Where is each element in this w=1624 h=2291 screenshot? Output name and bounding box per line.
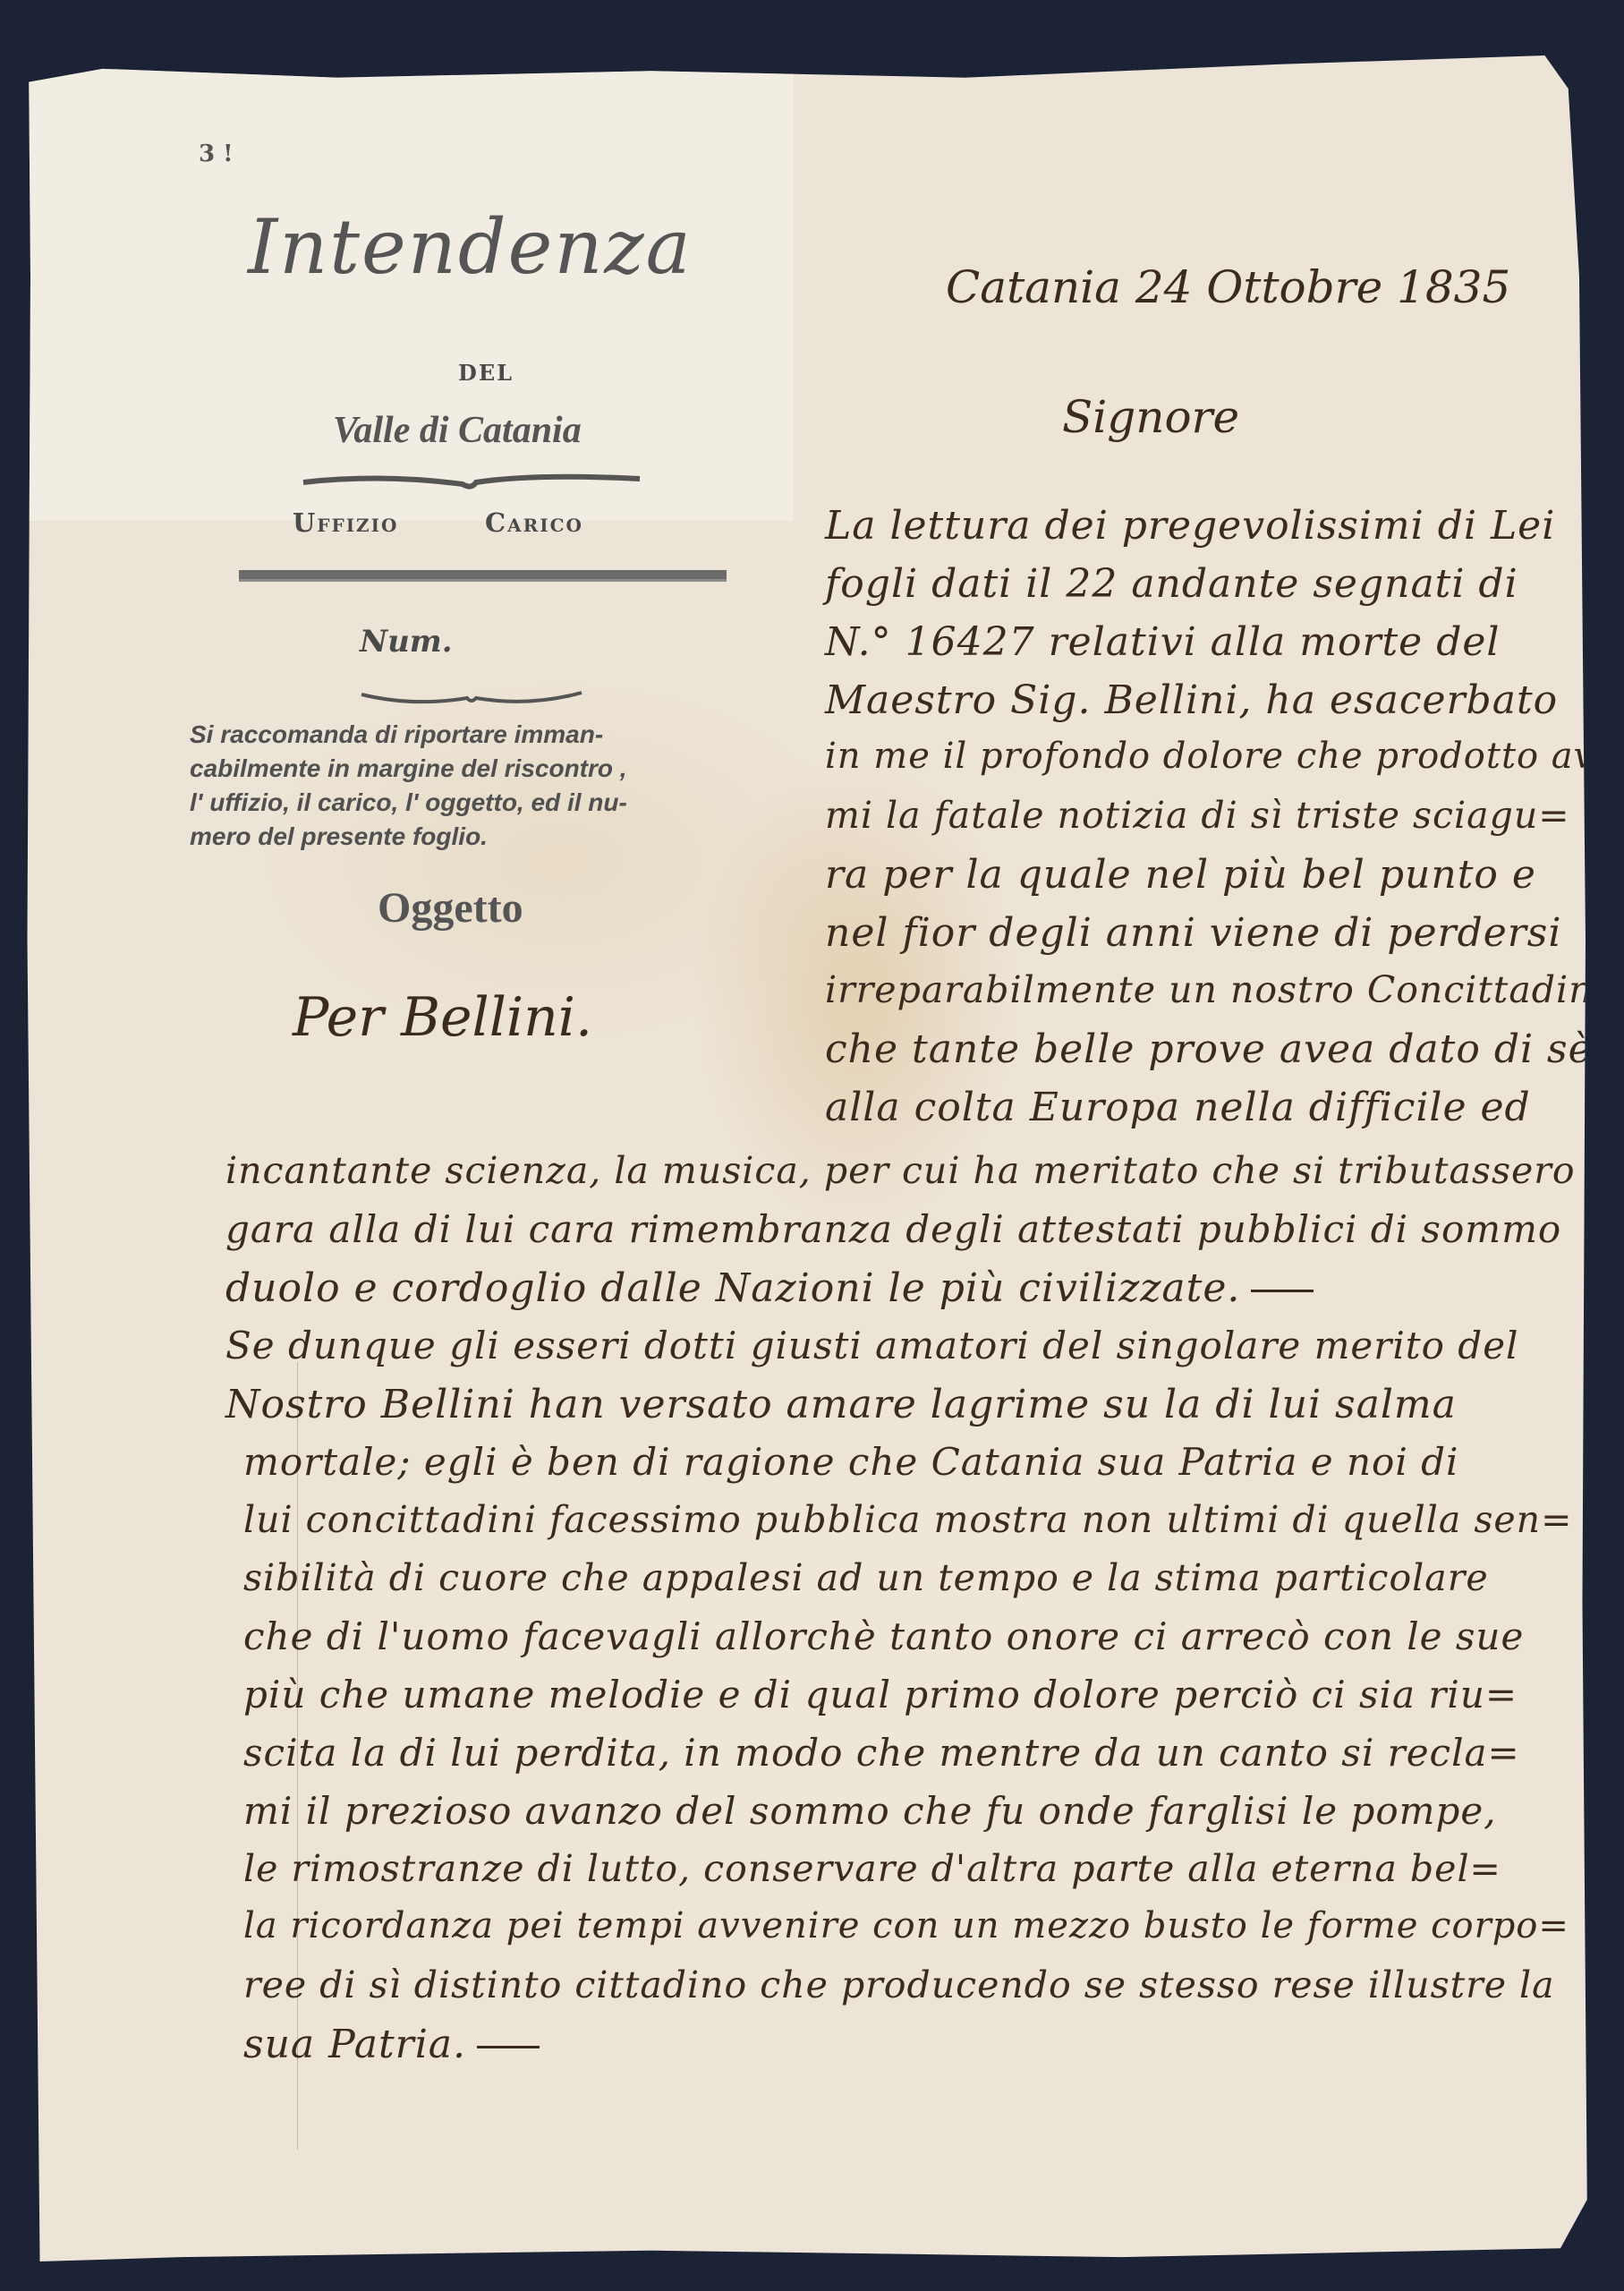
ornamental-swash-icon	[360, 691, 583, 707]
letter-line: Se dunque gli esseri dotti giusti amator…	[225, 1324, 1518, 1367]
letter-line-text: duolo e cordoglio dalle Nazioni le più c…	[225, 1265, 1240, 1311]
oggetto-label: Oggetto	[378, 883, 523, 933]
letter-line: N.° 16427 relativi alla morte del	[825, 619, 1501, 665]
letter-line: nel fior degli anni viene di perdersi	[825, 910, 1561, 956]
num-label: Num.	[360, 624, 453, 660]
letterhead-title: Intendenza	[248, 203, 693, 291]
letter-line: irreparabilmente un nostro Concittadino	[825, 968, 1616, 1011]
carico-label: Carico	[485, 507, 583, 538]
ornamental-brace-icon	[302, 472, 642, 491]
uffizio-label: Uffizio	[293, 507, 398, 538]
letter-line: duolo e cordoglio dalle Nazioni le più c…	[225, 1265, 1314, 1311]
notice-line: mero del presente foglio.	[190, 820, 771, 854]
letterhead-rule	[239, 570, 727, 582]
notice-line: l' uffizio, il carico, l' oggetto, ed il…	[190, 786, 771, 820]
printed-notice: Si raccomanda di riportare imman- cabilm…	[190, 718, 771, 854]
letter-line: mi il prezioso avanzo del sommo che fu o…	[243, 1789, 1497, 1833]
oggetto-value: Per Bellini.	[293, 986, 592, 1049]
letter-line: la ricordanza pei tempi avvenire con un …	[243, 1905, 1569, 1946]
letter-line: le rimostranze di lutto, conservare d'al…	[243, 1847, 1501, 1890]
letter-line: alla colta Europa nella difficile ed	[825, 1085, 1531, 1130]
letter-line: ra per la quale nel più bel punto e	[825, 852, 1536, 898]
notice-line: Si raccomanda di riportare imman-	[190, 718, 771, 752]
stamp-mark: 3 !	[199, 141, 234, 167]
letter-line: gara alla di lui cara rimembranza degli …	[225, 1207, 1561, 1251]
notice-line: cabilmente in margine del riscontro ,	[190, 752, 771, 786]
letterhead-province: Valle di Catania	[333, 409, 582, 452]
letter-line: più che umane melodie e di qual primo do…	[243, 1673, 1518, 1716]
letter-line: che tante belle prove avea dato di sè	[825, 1026, 1593, 1072]
letter-line: La lettura dei pregevolissimi di Lei	[825, 503, 1555, 549]
letter-line: mortale; egli è ben di ragione che Catan…	[243, 1440, 1458, 1484]
place-date: Catania 24 Ottobre 1835	[946, 261, 1510, 313]
letter-line: ree di sì distinto cittadino che produce…	[243, 1963, 1555, 2006]
document-sheet: 3 ! Intendenza DEL Valle di Catania Uffi…	[24, 55, 1592, 2266]
letter-line: fogli dati il 22 andante segnati di	[825, 561, 1518, 607]
letter-line: in me il profondo dolore che prodotto av…	[825, 736, 1624, 777]
letter-line: mi la fatale notizia di sì triste sciagu…	[825, 794, 1570, 837]
letter-line-text: sua Patria.	[243, 2022, 466, 2067]
letter-line: scita la di lui perdita, in modo che men…	[243, 1731, 1520, 1775]
letter-line: incantante scienza, la musica, per cui h…	[225, 1149, 1611, 1192]
closing-dash	[477, 2046, 540, 2048]
letter-line: che di l'uomo facevagli allorchè tanto o…	[243, 1614, 1524, 1658]
letter-line: sua Patria.	[243, 2022, 540, 2067]
closing-dash	[1251, 1290, 1314, 1292]
letter-line: Nostro Bellini han versato amare lagrime…	[225, 1382, 1457, 1427]
letter-line: lui concittadini facessimo pubblica most…	[243, 1498, 1572, 1541]
letterhead-del: DEL	[458, 360, 514, 386]
salutation: Signore	[1062, 391, 1239, 443]
letter-line: Maestro Sig. Bellini, ha esacerbato	[825, 677, 1558, 723]
letter-line: sibilità di cuore che appalesi ad un tem…	[243, 1556, 1489, 1599]
